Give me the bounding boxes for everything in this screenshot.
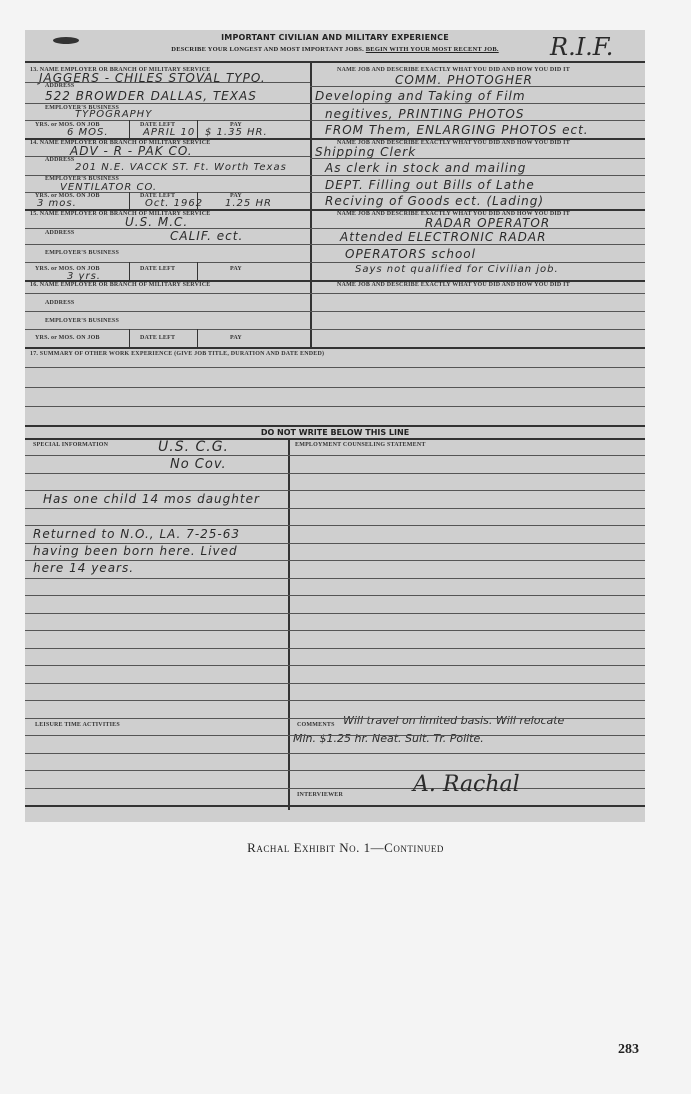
special-info-line3: Has one child 14 mos daughter [43,492,260,506]
job16-date-left-label: DATE LEFT [140,335,175,341]
job14-duration: 3 mos. [37,198,77,209]
ruled-line [25,490,645,491]
divider [25,347,645,349]
divider [25,438,645,440]
page-number: 283 [618,1042,639,1058]
ruled-line [25,665,645,666]
job14-description-line1: As clerk in stock and mailing [325,161,526,175]
ruled-line [25,543,645,544]
job16-duration-label: YRS. or MOS. ON JOB [35,335,100,341]
job16-business-label: EMPLOYER'S BUSINESS [45,318,119,324]
job13-pay: $ 1.35 HR. [205,127,268,138]
ruled-line [25,648,645,649]
divider [25,387,645,388]
divider [25,367,645,368]
comments-line2: Min. $1.25 hr. Neat. Suit. Tr. Polite. [293,732,484,745]
job13-business: TYPOGRAPHY [75,109,152,120]
summary-label: 17. SUMMARY OF OTHER WORK EXPERIENCE (GI… [30,351,324,357]
ruled-line [25,630,645,631]
divider [25,61,645,63]
job15-employer: U.S. M.C. [125,215,188,229]
divider [129,262,130,280]
job14-title: Shipping Clerk [315,145,416,159]
ruled-line [25,700,645,701]
divider [25,82,310,83]
comments-line1: Will travel on limited basis. Will reloc… [343,714,564,727]
job15-description-line1: Attended ELECTRONIC RADAR [340,230,546,244]
employment-application-form: IMPORTANT CIVILIAN AND MILITARY EXPERIEN… [25,30,645,822]
special-info-line4: Returned to N.O., LA. 7-25-63 [33,527,240,541]
ruled-line [25,753,645,754]
column-divider [288,438,290,810]
ruled-line [25,508,645,509]
leisure-activities-label: LEISURE TIME ACTIVITIES [35,722,120,728]
job15-pay-label: PAY [230,266,242,272]
special-info-line1: U.S. C.G. [158,439,229,455]
divider [25,244,645,245]
interviewer-label: INTERVIEWER [297,792,343,798]
ruled-line [25,718,645,719]
divider [310,86,645,87]
job16-pay-label: PAY [230,335,242,341]
divider [129,120,130,138]
divider [129,192,130,209]
divider [25,262,645,263]
divider [25,329,645,330]
counseling-statement-label: EMPLOYMENT COUNSELING STATEMENT [295,442,426,448]
ruled-line [25,473,645,474]
divider [310,158,645,159]
ruled-line [25,595,645,596]
interviewer-signature: A. Rachal [413,772,520,797]
job14-description-line2: DEPT. Filling out Bills of Lathe [325,178,535,192]
ruled-line [25,525,645,526]
job16-description-label: NAME JOB AND DESCRIBE EXACTLY WHAT YOU D… [337,282,570,288]
divider [25,293,645,294]
job13-description-line3: FROM Them, ENLARGING PHOTOS ect. [325,123,589,137]
ruled-line [25,788,645,789]
job15-business-label: EMPLOYER'S BUSINESS [45,250,119,256]
job14-address: 201 N.E. VACCK ST. Ft. Worth Texas [75,162,287,173]
divider [25,156,310,157]
job15-description-line3: Says not qualified for Civilian job. [355,264,559,275]
divider [129,329,130,347]
job14-date-left: Oct. 1962 [145,198,203,209]
job15-description-line2: OPERATORS school [345,247,476,261]
divider [25,228,310,229]
divider [197,120,198,138]
divider [25,192,645,193]
job13-description-line2: negitives, PRINTING PHOTOS [325,107,525,121]
ruled-line [25,735,645,736]
job13-duration: 6 MOS. [67,127,109,138]
exhibit-caption: Rachal Exhibit No. 1—Continued [0,840,691,856]
job13-address: 522 BROWDER DALLAS, TEXAS [45,89,257,103]
job13-date-left: APRIL 10 [143,127,195,138]
ruled-line [25,455,645,456]
divider [197,329,198,347]
subtitle-emphasis: BEGIN WITH YOUR MOST RECENT JOB. [366,46,499,53]
job13-title: COMM. PHOTOGHER [395,73,533,87]
job15-address-label: ADDRESS [45,230,74,236]
do-not-write-divider: DO NOT WRITE BELOW THIS LINE [25,428,645,437]
rif-annotation: R.I.F. [550,33,613,61]
job14-description-line3: Reciving of Goods ect. (Lading) [325,194,544,208]
comments-label: COMMENTS [297,722,335,728]
divider [25,425,645,427]
special-info-line5: having been born here. Lived [33,544,238,558]
special-info-line2: No Cov. [170,457,227,472]
job16-label: 16. NAME EMPLOYER OR BRANCH OF MILITARY … [30,282,210,288]
ruled-line [25,613,645,614]
special-info-line6: here 14 years. [33,561,134,575]
job13-description-line1: Developing and Taking of Film [315,89,526,103]
divider [310,228,645,229]
ruled-line [25,560,645,561]
divider [25,406,645,407]
job15-address: CALIF. ect. [170,229,243,243]
divider [25,311,645,312]
job14-address-label: ADDRESS [45,157,74,163]
ruled-line [25,683,645,684]
job14-pay: 1.25 HR [225,198,272,209]
divider [25,805,645,807]
job15-date-left-label: DATE LEFT [140,266,175,272]
ruled-line [25,770,645,771]
subtitle-text: DESCRIBE YOUR LONGEST AND MOST IMPORTANT… [171,46,364,53]
divider [197,262,198,280]
special-information-label: SPECIAL INFORMATION [33,442,108,448]
job16-address-label: ADDRESS [45,300,74,306]
ruled-line [25,578,645,579]
divider [25,103,645,104]
